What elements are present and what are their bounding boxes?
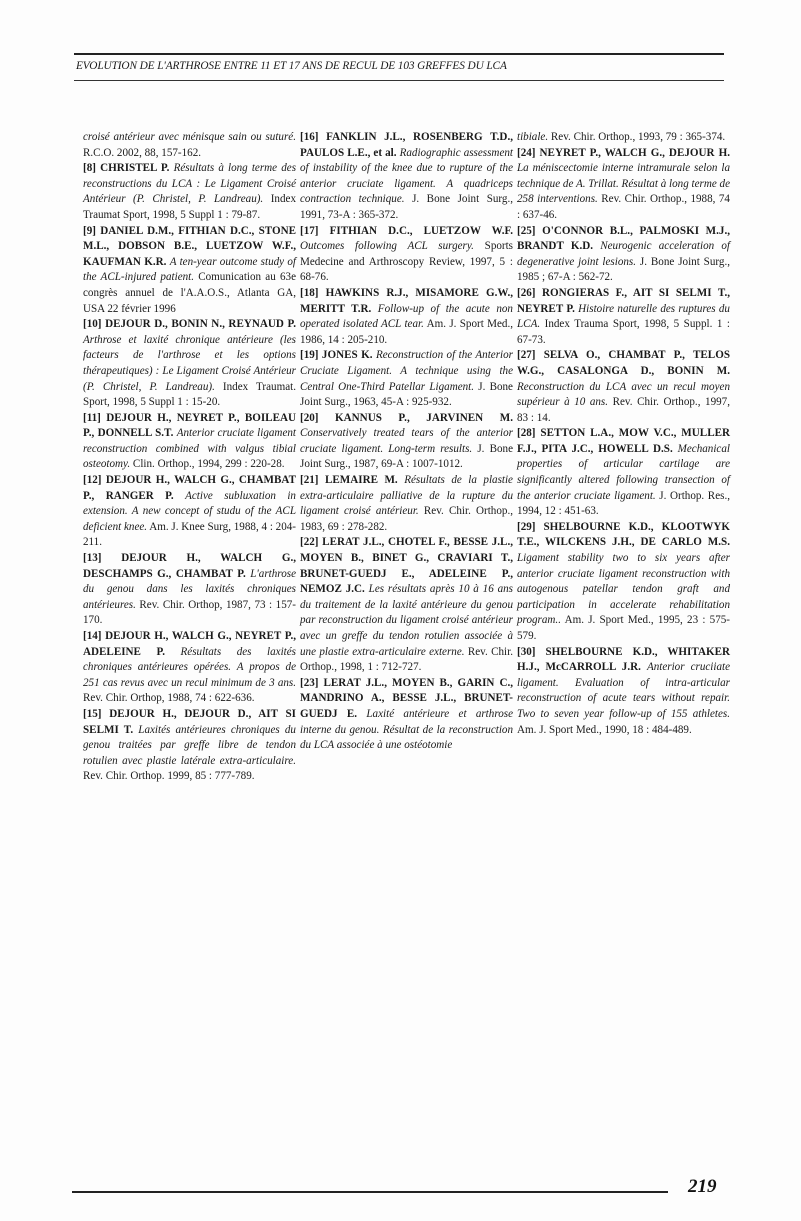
reference-author-list: DEJOUR D., BONIN N., REYNAUD P. bbox=[105, 318, 296, 330]
references-columns: croisé antérieur avec ménisque sain ou s… bbox=[83, 130, 731, 785]
column-1: croisé antérieur avec ménisque sain ou s… bbox=[83, 130, 296, 785]
reference-number: [9] bbox=[83, 225, 96, 237]
reference-author-list: NEYRET P., WALCH G., DEJOUR H. bbox=[540, 147, 730, 159]
reference-source: Clin. Orthop., 1994, 299 : 220-28. bbox=[130, 458, 284, 470]
reference-entry: [18] HAWKINS R.J., MISAMORE G.W., MERITT… bbox=[300, 286, 513, 348]
reference-number: [21] bbox=[300, 474, 318, 486]
reference-source: Am. J. Sport Med., 1990, 18 : 484-489. bbox=[517, 724, 692, 736]
reference-entry: [27] SELVA O., CHAMBAT P., TELOS W.G., C… bbox=[517, 348, 730, 426]
reference-number: [11] bbox=[83, 412, 101, 424]
reference-author-list: LEMAIRE M. bbox=[325, 474, 398, 486]
reference-number: [16] bbox=[300, 131, 318, 143]
reference-author-list: JONES K. bbox=[322, 349, 373, 361]
reference-authors: [10] DEJOUR D., BONIN N., REYNAUD P. bbox=[83, 318, 296, 330]
reference-source: Rev. Chir. Orthop., 1993, 79 : 365-374. bbox=[548, 131, 725, 143]
reference-authors: [19] JONES K. bbox=[300, 349, 373, 361]
reference-entry: [14] DEJOUR H., WALCH G., NEYRET P., ADE… bbox=[83, 629, 296, 707]
reference-entry: [19] JONES K. Reconstruction of the Ante… bbox=[300, 348, 513, 410]
header-rule-top bbox=[74, 53, 724, 55]
reference-authors: [24] NEYRET P., WALCH G., DEJOUR H. bbox=[517, 147, 730, 159]
reference-authors: [21] LEMAIRE M. bbox=[300, 474, 398, 486]
reference-number: [19] bbox=[300, 349, 318, 361]
reference-number: [26] bbox=[517, 287, 535, 299]
reference-authors: [17] FITHIAN D.C., LUETZOW W.F. bbox=[300, 225, 513, 237]
reference-number: [22] bbox=[300, 536, 318, 548]
reference-entry: [12] DEJOUR H., WALCH G., CHAMBAT P., RA… bbox=[83, 473, 296, 551]
reference-authors: [27] SELVA O., CHAMBAT P., TELOS W.G., C… bbox=[517, 349, 730, 377]
reference-entry: [24] NEYRET P., WALCH G., DEJOUR H. La m… bbox=[517, 146, 730, 224]
reference-number: [29] bbox=[517, 521, 535, 533]
reference-entry: [28] SETTON L.A., MOW V.C., MULLER F.J.,… bbox=[517, 426, 730, 520]
reference-author-list: KANNUS P., JARVINEN M. bbox=[335, 412, 513, 424]
column-2: [16] FANKLIN J.L., ROSENBERG T.D., PAULO… bbox=[300, 130, 513, 785]
reference-entry: [29] SHELBOURNE K.D., KLOOTWYK T.E., WIL… bbox=[517, 520, 730, 645]
reference-entry: [17] FITHIAN D.C., LUETZOW W.F. Outcomes… bbox=[300, 224, 513, 286]
reference-title: croisé antérieur avec ménisque sain ou s… bbox=[83, 131, 296, 143]
reference-number: [12] bbox=[83, 474, 101, 486]
reference-source: Index Trauma Sport, 1998, 5 Suppl. 1 : 6… bbox=[517, 318, 730, 346]
reference-entry: [9] DANIEL D.M., FITHIAN D.C., STONE M.L… bbox=[83, 224, 296, 318]
reference-entry: [15] DEJOUR H., DEJOUR D., AIT SI SELMI … bbox=[83, 707, 296, 785]
reference-entry: [23] LERAT J.L., MOYEN B., GARIN C., MAN… bbox=[300, 676, 513, 754]
reference-author-list: CHRISTEL P. bbox=[100, 162, 169, 174]
reference-source: Rev. Chir. Orthop, 1988, 74 : 622-636. bbox=[83, 692, 255, 704]
reference-number: [15] bbox=[83, 708, 101, 720]
reference-number: [20] bbox=[300, 412, 318, 424]
reference-entry: croisé antérieur avec ménisque sain ou s… bbox=[83, 130, 296, 161]
reference-entry: [13] DEJOUR H., WALCH G., DESCHAMPS G., … bbox=[83, 551, 296, 629]
reference-entry: [25] O'CONNOR B.L., PALMOSKI M.J., BRAND… bbox=[517, 224, 730, 286]
reference-number: [10] bbox=[83, 318, 101, 330]
reference-entry: [21] LEMAIRE M. Résultats de la plastie … bbox=[300, 473, 513, 535]
reference-number: [18] bbox=[300, 287, 318, 299]
reference-title: Outcomes following ACL surgery. bbox=[300, 240, 474, 252]
reference-number: [23] bbox=[300, 677, 318, 689]
reference-entry: [10] DEJOUR D., BONIN N., REYNAUD P. Art… bbox=[83, 317, 296, 411]
reference-entry: [8] CHRISTEL P. Résultats à long terme d… bbox=[83, 161, 296, 223]
reference-title: tibiale. bbox=[517, 131, 548, 143]
reference-author-list: FITHIAN D.C., LUETZOW W.F. bbox=[330, 225, 513, 237]
reference-number: [8] bbox=[83, 162, 96, 174]
reference-entry: [16] FANKLIN J.L., ROSENBERG T.D., PAULO… bbox=[300, 130, 513, 224]
running-title: EVOLUTION DE L'ARTHROSE ENTRE 11 ET 17 A… bbox=[76, 60, 507, 72]
reference-number: [24] bbox=[517, 147, 535, 159]
reference-number: [14] bbox=[83, 630, 101, 642]
reference-number: [25] bbox=[517, 225, 535, 237]
reference-entry: tibiale. Rev. Chir. Orthop., 1993, 79 : … bbox=[517, 130, 730, 146]
header-rule-bottom bbox=[74, 80, 724, 81]
reference-entry: [22] LERAT J.L., CHOTEL F., BESSE J.L., … bbox=[300, 535, 513, 675]
reference-authors: [8] CHRISTEL P. bbox=[83, 162, 169, 174]
reference-entry: [30] SHELBOURNE K.D., WHITAKER H.J., McC… bbox=[517, 645, 730, 739]
reference-number: [30] bbox=[517, 646, 535, 658]
reference-authors: [29] SHELBOURNE K.D., KLOOTWYK T.E., WIL… bbox=[517, 521, 730, 549]
reference-entry: [20] KANNUS P., JARVINEN M. Conservative… bbox=[300, 411, 513, 473]
reference-entry: [26] RONGIERAS F., AIT SI SELMI T., NEYR… bbox=[517, 286, 730, 348]
column-3: tibiale. Rev. Chir. Orthop., 1993, 79 : … bbox=[517, 130, 730, 785]
reference-number: [17] bbox=[300, 225, 318, 237]
reference-entry: [11] DEJOUR H., NEYRET P., BOILEAU P., D… bbox=[83, 411, 296, 473]
reference-authors: [20] KANNUS P., JARVINEN M. bbox=[300, 412, 513, 424]
reference-source: R.C.O. 2002, 88, 157-162. bbox=[83, 147, 201, 159]
reference-number: [13] bbox=[83, 552, 101, 564]
reference-author-list: SELVA O., CHAMBAT P., TELOS W.G., CASALO… bbox=[517, 349, 730, 377]
reference-number: [28] bbox=[517, 427, 535, 439]
footer-rule bbox=[72, 1191, 668, 1193]
reference-source: Rev. Chir. Orthop. 1999, 85 : 777-789. bbox=[83, 770, 255, 782]
reference-author-list: SHELBOURNE K.D., KLOOTWYK T.E., WILCKENS… bbox=[517, 521, 730, 549]
page-number: 219 bbox=[688, 1176, 717, 1198]
reference-number: [27] bbox=[517, 349, 535, 361]
